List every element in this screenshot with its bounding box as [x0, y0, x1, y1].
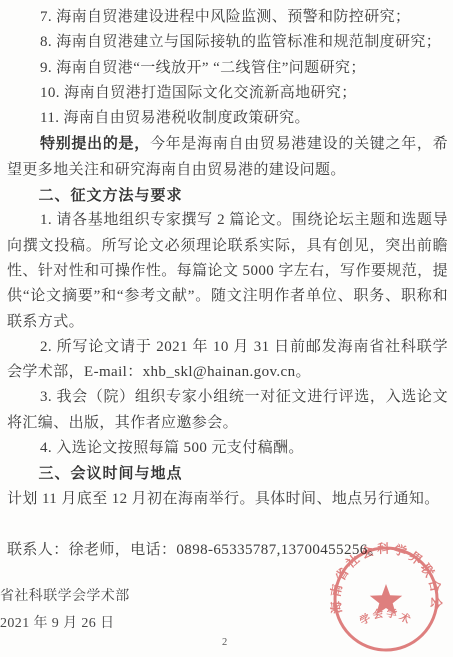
document-page: 7. 海南自贸港建设进程中风险监测、预警和防控研究； 8. 海南自贸港建立与国际… [0, 0, 453, 657]
method-item-2: 2. 所写论文请于 2021 年 10 月 31 日前邮发海南省社科联学会学术部… [7, 335, 448, 386]
special-note-lead: 特别提出的是， [40, 135, 150, 152]
meeting-schedule: 计划 11 月底至 12 月初在海南举行。具体时间、地点另行通知。 [7, 487, 448, 512]
topic-item-8: 8. 海南自贸港建立与国际接轨的监管标准和规范制度研究； [7, 30, 448, 55]
page-number: 2 [222, 630, 227, 655]
method-item-3: 3. 我会（院）组织专家小组统一对征文进行评选，入选论文将汇编、出版，其作者应邀… [7, 385, 448, 436]
contact-line: 联系人：徐老师，电话：0898-65335787,13700455256。 [7, 538, 448, 563]
topic-item-11: 11. 海南自由贸易港税收制度政策研究。 [7, 106, 448, 131]
special-note-paragraph: 特别提出的是，今年是海南自由贸易港建设的关键之年，希望更多地关注和研究海南自由贸… [7, 131, 448, 183]
section-heading-meeting: 三、会议时间与地点 [7, 461, 448, 486]
topic-item-7: 7. 海南自贸港建设进程中风险监测、预警和防控研究； [7, 5, 448, 30]
section-heading-methods: 二、征文方法与要求 [7, 183, 448, 208]
signature-org: 省社科联学会学术部 [0, 584, 453, 609]
method-item-4: 4. 入选论文按照每篇 500 元支付稿酬。 [7, 436, 448, 461]
method-item-1: 1. 请各基地组织专家撰写 2 篇论文。围绕论坛主题和选题导向撰文投稿。所写论文… [7, 208, 448, 334]
topic-item-9: 9. 海南自贸港“一线放开” “二线管住”问题研究； [7, 56, 448, 81]
topic-item-10: 10. 海南自贸港打造国际文化交流新高地研究； [7, 81, 448, 106]
